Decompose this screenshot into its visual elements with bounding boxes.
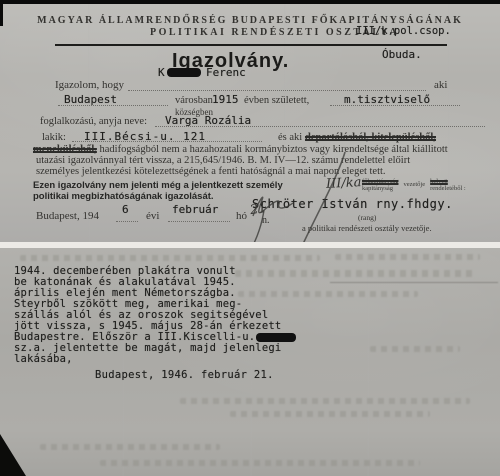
dotted-rule bbox=[72, 141, 262, 142]
vezetoje-label: vezetője bbox=[403, 178, 425, 188]
residence-label: lakik: bbox=[42, 132, 66, 143]
city-label: városban bbox=[175, 95, 213, 106]
statement-document: 1944. decemberében plakátra vonult be ka… bbox=[0, 248, 500, 476]
bleed-through-artifact bbox=[100, 460, 420, 466]
struck-fokapitanysag-label: főkapitányság bbox=[362, 178, 398, 185]
kapitanysag-label: kapitányság bbox=[362, 185, 398, 192]
signatory-name: Schröter István rny.fhdgy. bbox=[252, 197, 453, 211]
body-line3: utazási igazolvánnyal tért vissza, a 215… bbox=[36, 155, 410, 166]
subject-name-initial: K bbox=[158, 66, 165, 79]
bleed-through-artifact bbox=[40, 444, 220, 450]
caveat-line1: Ezen igazolvány nem jelenti még a jelent… bbox=[33, 180, 283, 191]
district-note: Óbuda. bbox=[382, 48, 422, 61]
struck-words-menekules: menekülésből, bbox=[33, 144, 97, 155]
header-group-note: III/k.pol.csop. bbox=[356, 25, 451, 37]
bleed-through-artifact bbox=[230, 411, 430, 417]
handwritten-group-note: III/ka bbox=[326, 175, 362, 192]
bleed-through-artifact bbox=[370, 346, 460, 352]
caveat-line2: politikai megbizhatóságának igazolását. bbox=[33, 191, 214, 202]
dotted-rule bbox=[155, 126, 485, 127]
dateline-prefix: Budapest, 194 bbox=[36, 210, 99, 222]
dotted-rule bbox=[330, 105, 460, 106]
struck-helyett-label: helyett bbox=[430, 178, 466, 185]
bleed-through-artifact bbox=[180, 398, 470, 404]
certificate-document: MAGYAR ÁLLAMRENDŐRSÉG BUDAPESTI FŐKAPITÁ… bbox=[0, 4, 500, 244]
birth-year-value: 1915 bbox=[212, 93, 239, 106]
name-redaction-bar bbox=[167, 68, 201, 77]
body-line2: hadifogságból nem a hazahozatali kormány… bbox=[100, 144, 448, 155]
statement-dateline: Budapest, 1946. február 21. bbox=[95, 369, 274, 381]
born-label: évben született, bbox=[244, 95, 309, 106]
signatory-role: a politikai rendészeti osztály vezetője. bbox=[302, 223, 432, 233]
dotted-rule bbox=[168, 221, 230, 222]
bleed-through-artifact bbox=[335, 254, 480, 260]
address-redaction-bar bbox=[256, 333, 296, 342]
dotted-rule bbox=[128, 90, 426, 91]
n-label: n. bbox=[262, 215, 270, 226]
bleed-through-artifact bbox=[20, 255, 320, 261]
dotted-rule bbox=[58, 105, 168, 106]
subject-name-given: Ferenc bbox=[206, 66, 246, 79]
statement-line: lakásába, bbox=[14, 354, 296, 365]
ho-label: hó bbox=[236, 210, 247, 222]
occupation-mother-label: foglalkozású, anyja neve: bbox=[40, 116, 147, 127]
aki-label: aki bbox=[434, 79, 447, 91]
struck-words-deportal: deportálásból, kitelepülésből, bbox=[305, 132, 436, 143]
dotted-rule bbox=[116, 221, 138, 222]
body-line4: személyes jelentkezési kötelezettségének… bbox=[36, 166, 386, 177]
certify-label: Igazolom, hogy bbox=[55, 79, 124, 91]
scan-edge-left bbox=[0, 0, 3, 26]
scan-corner-void bbox=[0, 434, 26, 476]
dateline-month: február bbox=[172, 203, 218, 216]
bleed-through-line bbox=[330, 282, 498, 283]
evi-label: évi bbox=[146, 210, 159, 222]
rank-label: (rang) bbox=[358, 213, 376, 222]
header-rule bbox=[55, 44, 447, 46]
scanned-document-page: { "top_doc": { "header": { "line1": "MAG… bbox=[0, 0, 500, 476]
and-who-label: és aki bbox=[278, 132, 302, 143]
dateline-year-digit: 6 bbox=[122, 203, 129, 216]
rendeletebol-label: rendeletéből : bbox=[430, 185, 466, 192]
scan-edge-top bbox=[0, 0, 500, 4]
